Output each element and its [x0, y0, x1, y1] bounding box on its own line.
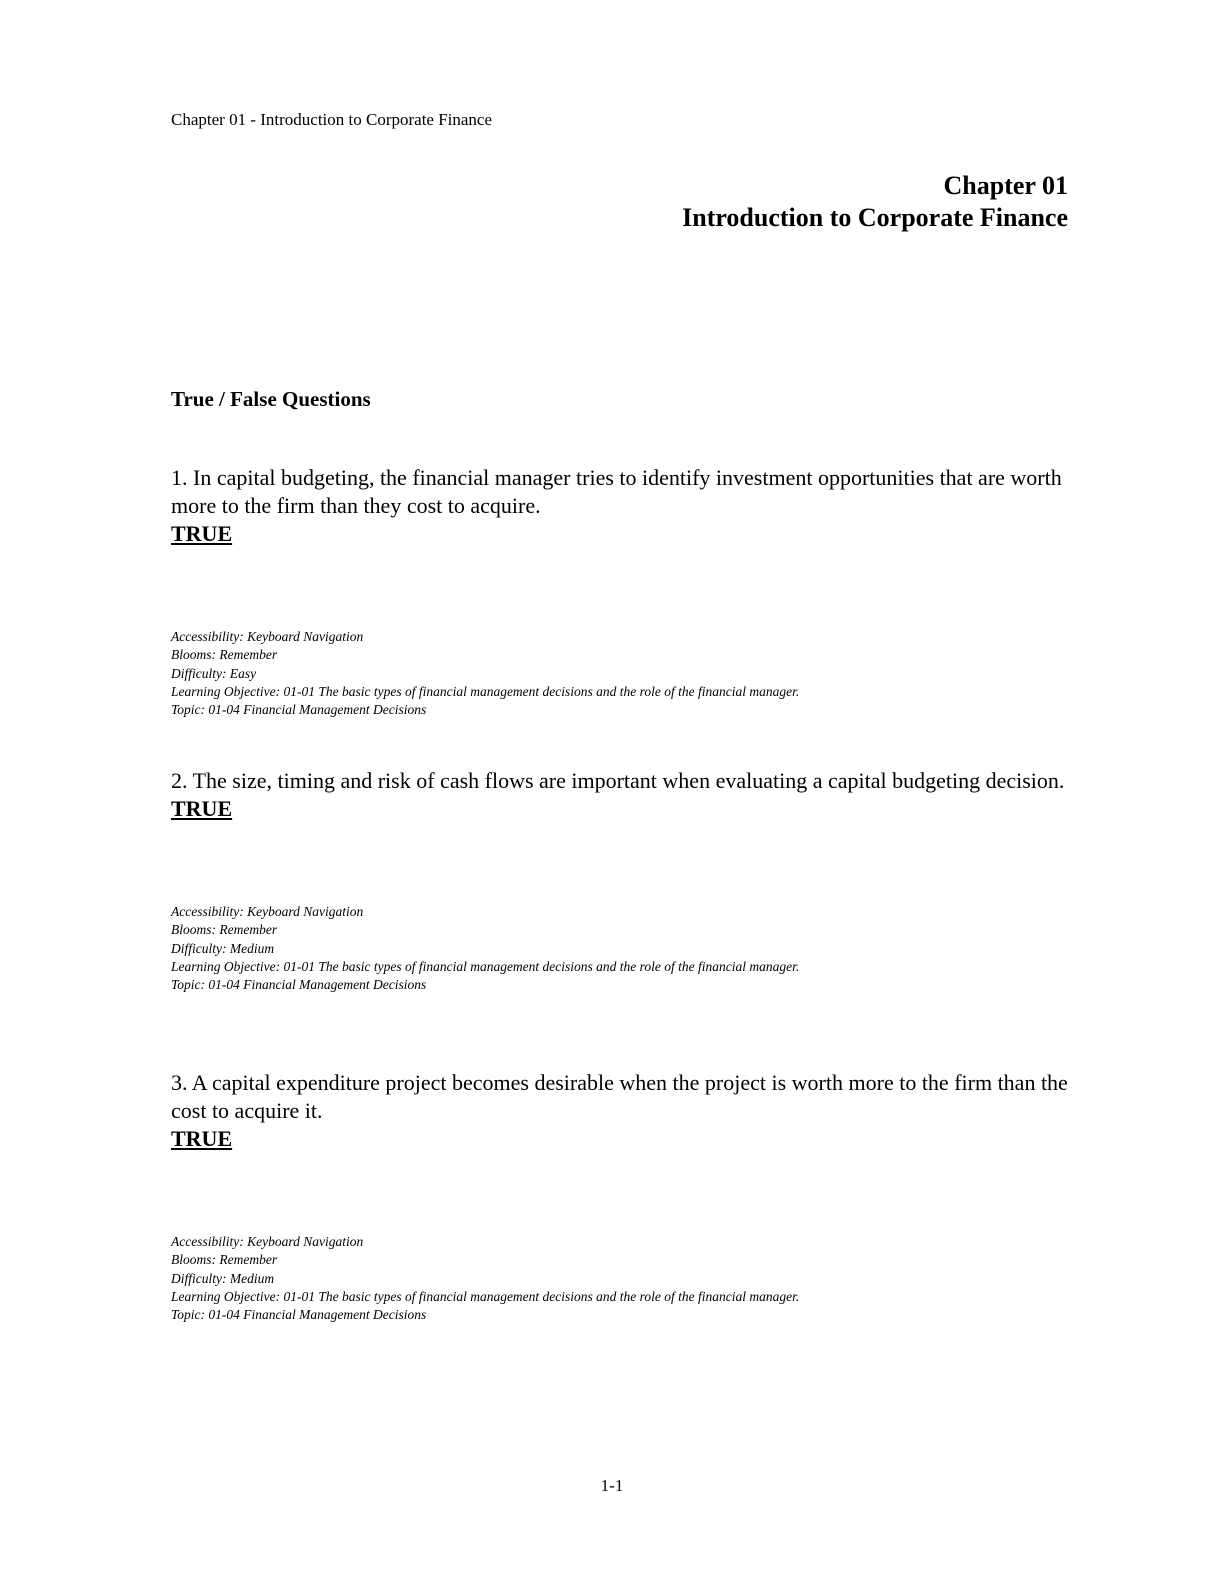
meta-blooms: Blooms: Remember: [171, 646, 1071, 664]
meta-difficulty: Difficulty: Easy: [171, 665, 1071, 683]
question-text: 1. In capital budgeting, the financial m…: [171, 464, 1071, 520]
meta-learning-objective: Learning Objective: 01-01 The basic type…: [171, 1288, 1071, 1306]
meta-topic: Topic: 01-04 Financial Management Decisi…: [171, 1306, 1071, 1324]
question-text: 3. A capital expenditure project becomes…: [171, 1069, 1071, 1125]
running-header: Chapter 01 - Introduction to Corporate F…: [171, 110, 492, 130]
meta-difficulty: Difficulty: Medium: [171, 940, 1071, 958]
question-metadata: Accessibility: Keyboard Navigation Bloom…: [171, 903, 1071, 994]
chapter-number: Chapter 01: [682, 170, 1068, 202]
meta-learning-objective: Learning Objective: 01-01 The basic type…: [171, 683, 1071, 701]
page-number: 1-1: [0, 1476, 1224, 1496]
meta-accessibility: Accessibility: Keyboard Navigation: [171, 1233, 1071, 1251]
chapter-name: Introduction to Corporate Finance: [682, 202, 1068, 234]
meta-blooms: Blooms: Remember: [171, 1251, 1071, 1269]
question-1: 1. In capital budgeting, the financial m…: [171, 464, 1071, 719]
chapter-title: Chapter 01 Introduction to Corporate Fin…: [682, 170, 1068, 234]
meta-topic: Topic: 01-04 Financial Management Decisi…: [171, 701, 1071, 719]
question-metadata: Accessibility: Keyboard Navigation Bloom…: [171, 1233, 1071, 1324]
answer: TRUE: [171, 520, 232, 548]
question-2: 2. The size, timing and risk of cash flo…: [171, 767, 1071, 994]
answer: TRUE: [171, 1125, 232, 1153]
question-text: 2. The size, timing and risk of cash flo…: [171, 767, 1071, 795]
meta-accessibility: Accessibility: Keyboard Navigation: [171, 628, 1071, 646]
meta-learning-objective: Learning Objective: 01-01 The basic type…: [171, 958, 1071, 976]
question-3: 3. A capital expenditure project becomes…: [171, 1069, 1071, 1324]
meta-accessibility: Accessibility: Keyboard Navigation: [171, 903, 1071, 921]
question-metadata: Accessibility: Keyboard Navigation Bloom…: [171, 628, 1071, 719]
section-heading: True / False Questions: [171, 386, 371, 412]
meta-topic: Topic: 01-04 Financial Management Decisi…: [171, 976, 1071, 994]
meta-difficulty: Difficulty: Medium: [171, 1270, 1071, 1288]
answer: TRUE: [171, 795, 232, 823]
meta-blooms: Blooms: Remember: [171, 921, 1071, 939]
